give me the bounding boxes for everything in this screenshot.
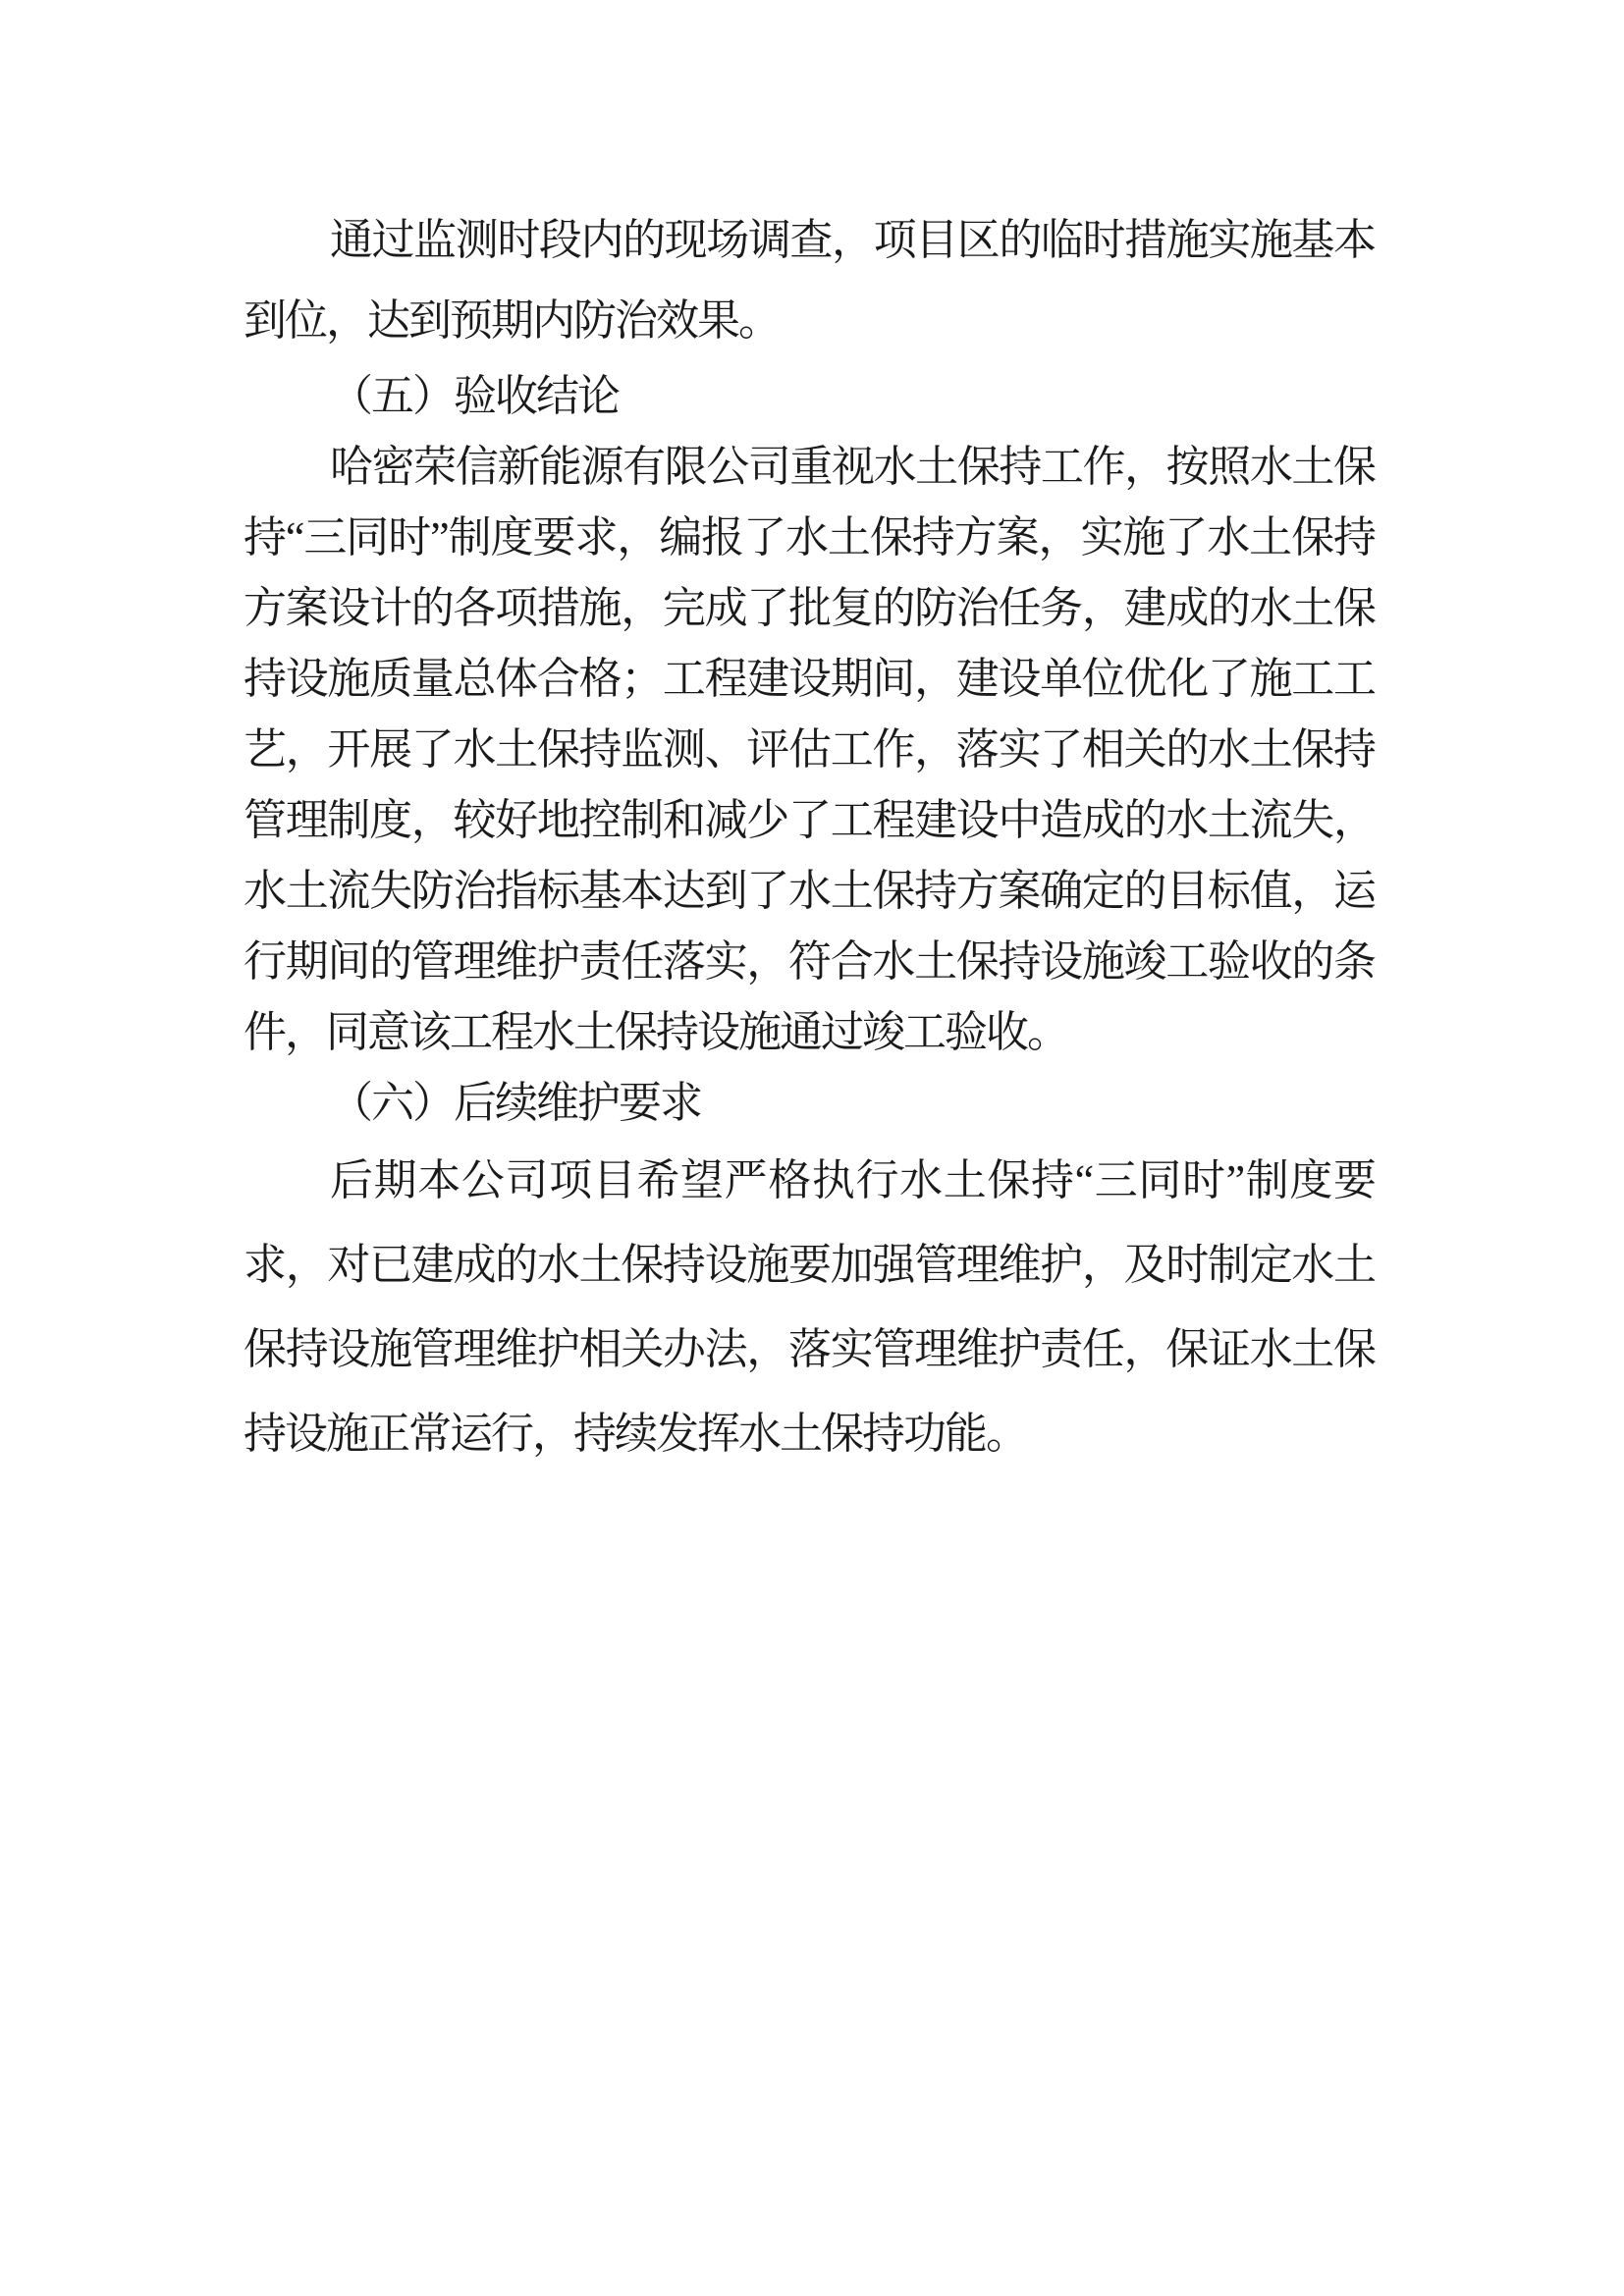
section-heading-6-followup-maintenance: （六）后续维护要求: [244, 1068, 1375, 1139]
document-page: 通过监测时段内的现场调查，项目区的临时措施实施基本到位，达到预期内防治效果。 （…: [0, 0, 1624, 2296]
paragraph-followup-maintenance: 后期本公司项目希望严格执行水土保持“三同时”制度要求，对已建成的水土保持设施要加…: [244, 1139, 1375, 1476]
document-text-block: 通过监测时段内的现场调查，项目区的临时措施实施基本到位，达到预期内防治效果。 （…: [244, 200, 1375, 1476]
paragraph-intro: 通过监测时段内的现场调查，项目区的临时措施实施基本到位，达到预期内防治效果。: [244, 200, 1375, 361]
section-heading-5-acceptance-conclusion: （五）验收结论: [244, 361, 1375, 432]
paragraph-acceptance-conclusion: 哈密荣信新能源有限公司重视水土保持工作，按照水土保持“三同时”制度要求，编报了水…: [244, 432, 1375, 1068]
